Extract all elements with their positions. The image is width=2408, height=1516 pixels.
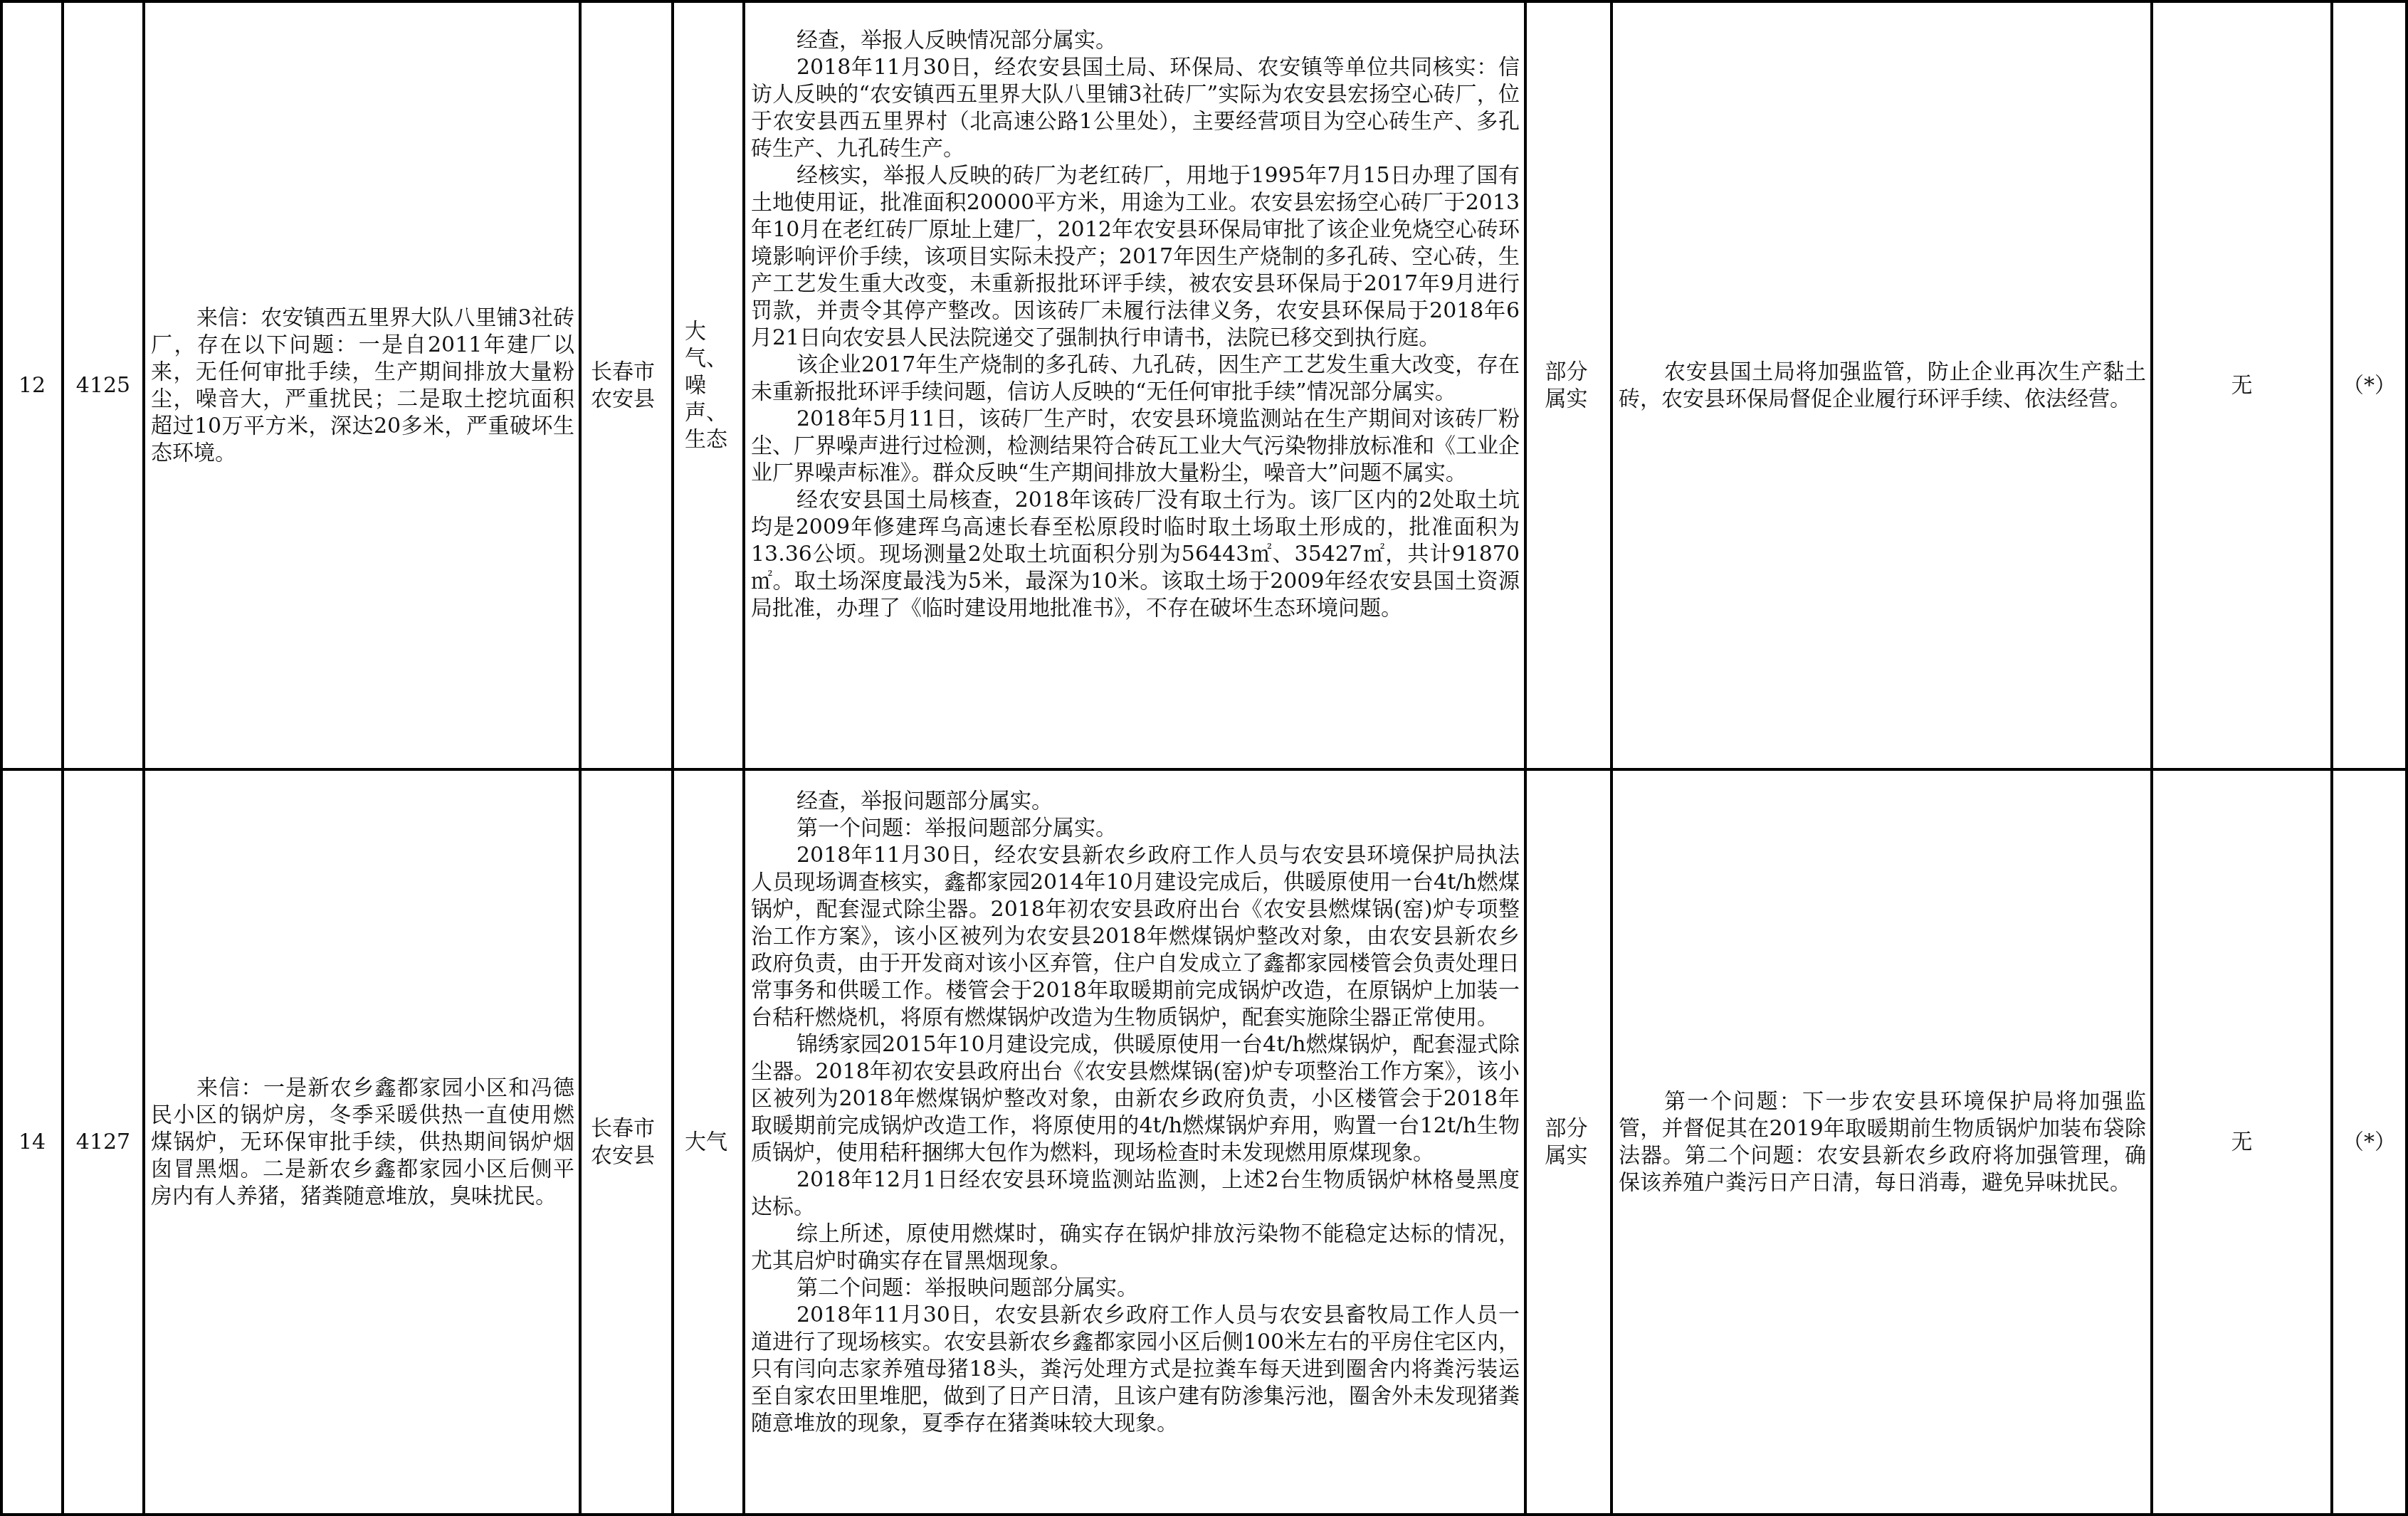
complaint-text: 来信：农安镇西五里界大队八里铺3社砖厂，存在以下问题：一是自2011年建厂以来，… — [151, 305, 574, 467]
investigation-paragraph: 第一个问题：举报问题部分属实。 — [751, 815, 1520, 842]
case-number: 4125 — [76, 372, 130, 399]
investigation-paragraph: 2018年12月1日经农安县环境监测站监测，上述2台生物质锅炉林格曼黑度达标。 — [751, 1167, 1520, 1221]
cell-pollution-type: 大气、噪声、生态 — [671, 1, 742, 769]
investigation-paragraph: 该企业2017年生产烧制的多孔砖、九孔砖，因生产工艺发生重大改变，存在未重新报批… — [751, 352, 1520, 406]
complaint-table: 12 4125 来信：农安镇西五里界大队八里铺3社砖厂，存在以下问题：一是自20… — [0, 0, 2408, 1516]
handling-text: 农安县国土局将加强监管，防止企业再次生产黏土砖，农安县环保局督促企业履行环评手续… — [1619, 359, 2146, 413]
complaint-text: 来信：一是新农乡鑫都家园小区和冯德民小区的锅炉房，冬季采暖供热一直使用燃煤锅炉，… — [151, 1075, 574, 1210]
investigation-paragraph: 经查，举报问题部分属实。 — [751, 788, 1520, 815]
cell-handling: 农安县国土局将加强监管，防止企业再次生产黏土砖，农安县环保局督促企业履行环评手续… — [1610, 1, 2150, 769]
table-border-top — [0, 0, 2408, 3]
cell-index: 14 — [0, 771, 61, 1513]
investigation-paragraph: 2018年11月30日，农安县新农乡政府工作人员与农安县畜牧局工作人员一道进行了… — [751, 1302, 1520, 1437]
investigation-paragraph: 综上所述，原使用燃煤时，确实存在锅炉排放污染物不能稳定达标的情况，尤其启炉时确实… — [751, 1221, 1520, 1275]
cell-index: 12 — [0, 1, 61, 769]
accountability: 无 — [2231, 1129, 2253, 1156]
row-index: 12 — [19, 372, 46, 399]
cell-investigation: 经查，举报人反映情况部分属实。 2018年11月30日，经农安县国土局、环保局、… — [742, 1, 1524, 769]
cell-verdict: 部分属实 — [1524, 1, 1610, 769]
verdict: 部分属实 — [1545, 1115, 1592, 1169]
investigation-paragraph: 锦绣家园2015年10月建设完成，供暖原使用一台4t/h燃煤锅炉，配套湿式除尘器… — [751, 1031, 1520, 1167]
accountability: 无 — [2231, 372, 2253, 399]
table-row: 14 4127 来信：一是新农乡鑫都家园小区和冯德民小区的锅炉房，冬季采暖供热一… — [0, 771, 2408, 1513]
investigation-text: 经查，举报人反映情况部分属实。 2018年11月30日，经农安县国土局、环保局、… — [751, 27, 1520, 622]
pollution-type: 大气 — [685, 1129, 732, 1156]
administrative-area: 长春市农安县 — [591, 1115, 662, 1169]
cell-note: （*） — [2330, 1, 2408, 769]
table-row: 12 4125 来信：农安镇西五里界大队八里铺3社砖厂，存在以下问题：一是自20… — [0, 1, 2408, 769]
row-index: 14 — [19, 1129, 46, 1156]
cell-note: （*） — [2330, 771, 2408, 1513]
investigation-paragraph: 经查，举报人反映情况部分属实。 — [751, 27, 1520, 54]
cell-verdict: 部分属实 — [1524, 771, 1610, 1513]
investigation-text: 经查，举报问题部分属实。 第一个问题：举报问题部分属实。 2018年11月30日… — [751, 788, 1520, 1437]
verdict: 部分属实 — [1545, 359, 1592, 413]
administrative-area: 长春市农安县 — [591, 359, 662, 413]
cell-pollution-type: 大气 — [671, 771, 742, 1513]
table-border-bottom — [0, 1513, 2408, 1516]
investigation-paragraph: 2018年5月11日，该砖厂生产时，农安县环境监测站在生产期间对该砖厂粉尘、厂界… — [751, 406, 1520, 487]
cell-complaint: 来信：一是新农乡鑫都家园小区和冯德民小区的锅炉房，冬季采暖供热一直使用燃煤锅炉，… — [142, 771, 579, 1513]
cell-complaint: 来信：农安镇西五里界大队八里铺3社砖厂，存在以下问题：一是自2011年建厂以来，… — [142, 1, 579, 769]
cell-area: 长春市农安县 — [579, 1, 671, 769]
investigation-paragraph: 第二个问题：举报映问题部分属实。 — [751, 1275, 1520, 1302]
cell-handling: 第一个问题：下一步农安县环境保护局将加强监管，并督促其在2019年取暖期前生物质… — [1610, 771, 2150, 1513]
case-number: 4127 — [76, 1129, 130, 1156]
cell-area: 长春市农安县 — [579, 771, 671, 1513]
investigation-paragraph: 经农安县国土局核查，2018年该砖厂没有取土行为。该厂区内的2处取土坑均是200… — [751, 487, 1520, 622]
cell-accountability: 无 — [2150, 1, 2330, 769]
cell-case-no: 4125 — [61, 1, 142, 769]
cell-accountability: 无 — [2150, 771, 2330, 1513]
investigation-paragraph: 2018年11月30日，经农安县新农乡政府工作人员与农安县环境保护局执法人员现场… — [751, 842, 1520, 1031]
cell-case-no: 4127 — [61, 771, 142, 1513]
handling-text: 第一个问题：下一步农安县环境保护局将加强监管，并督促其在2019年取暖期前生物质… — [1619, 1088, 2146, 1196]
pollution-type: 大气、噪声、生态 — [685, 318, 732, 453]
investigation-paragraph: 经核实，举报人反映的砖厂为老红砖厂，用地于1995年7月15日办理了国有土地使用… — [751, 162, 1520, 352]
note: （*） — [2343, 1129, 2396, 1156]
investigation-paragraph: 2018年11月30日，经农安县国土局、环保局、农安镇等单位共同核实：信访人反映… — [751, 54, 1520, 162]
row-divider — [0, 768, 2408, 771]
cell-investigation: 经查，举报问题部分属实。 第一个问题：举报问题部分属实。 2018年11月30日… — [742, 771, 1524, 1513]
note: （*） — [2343, 372, 2396, 399]
